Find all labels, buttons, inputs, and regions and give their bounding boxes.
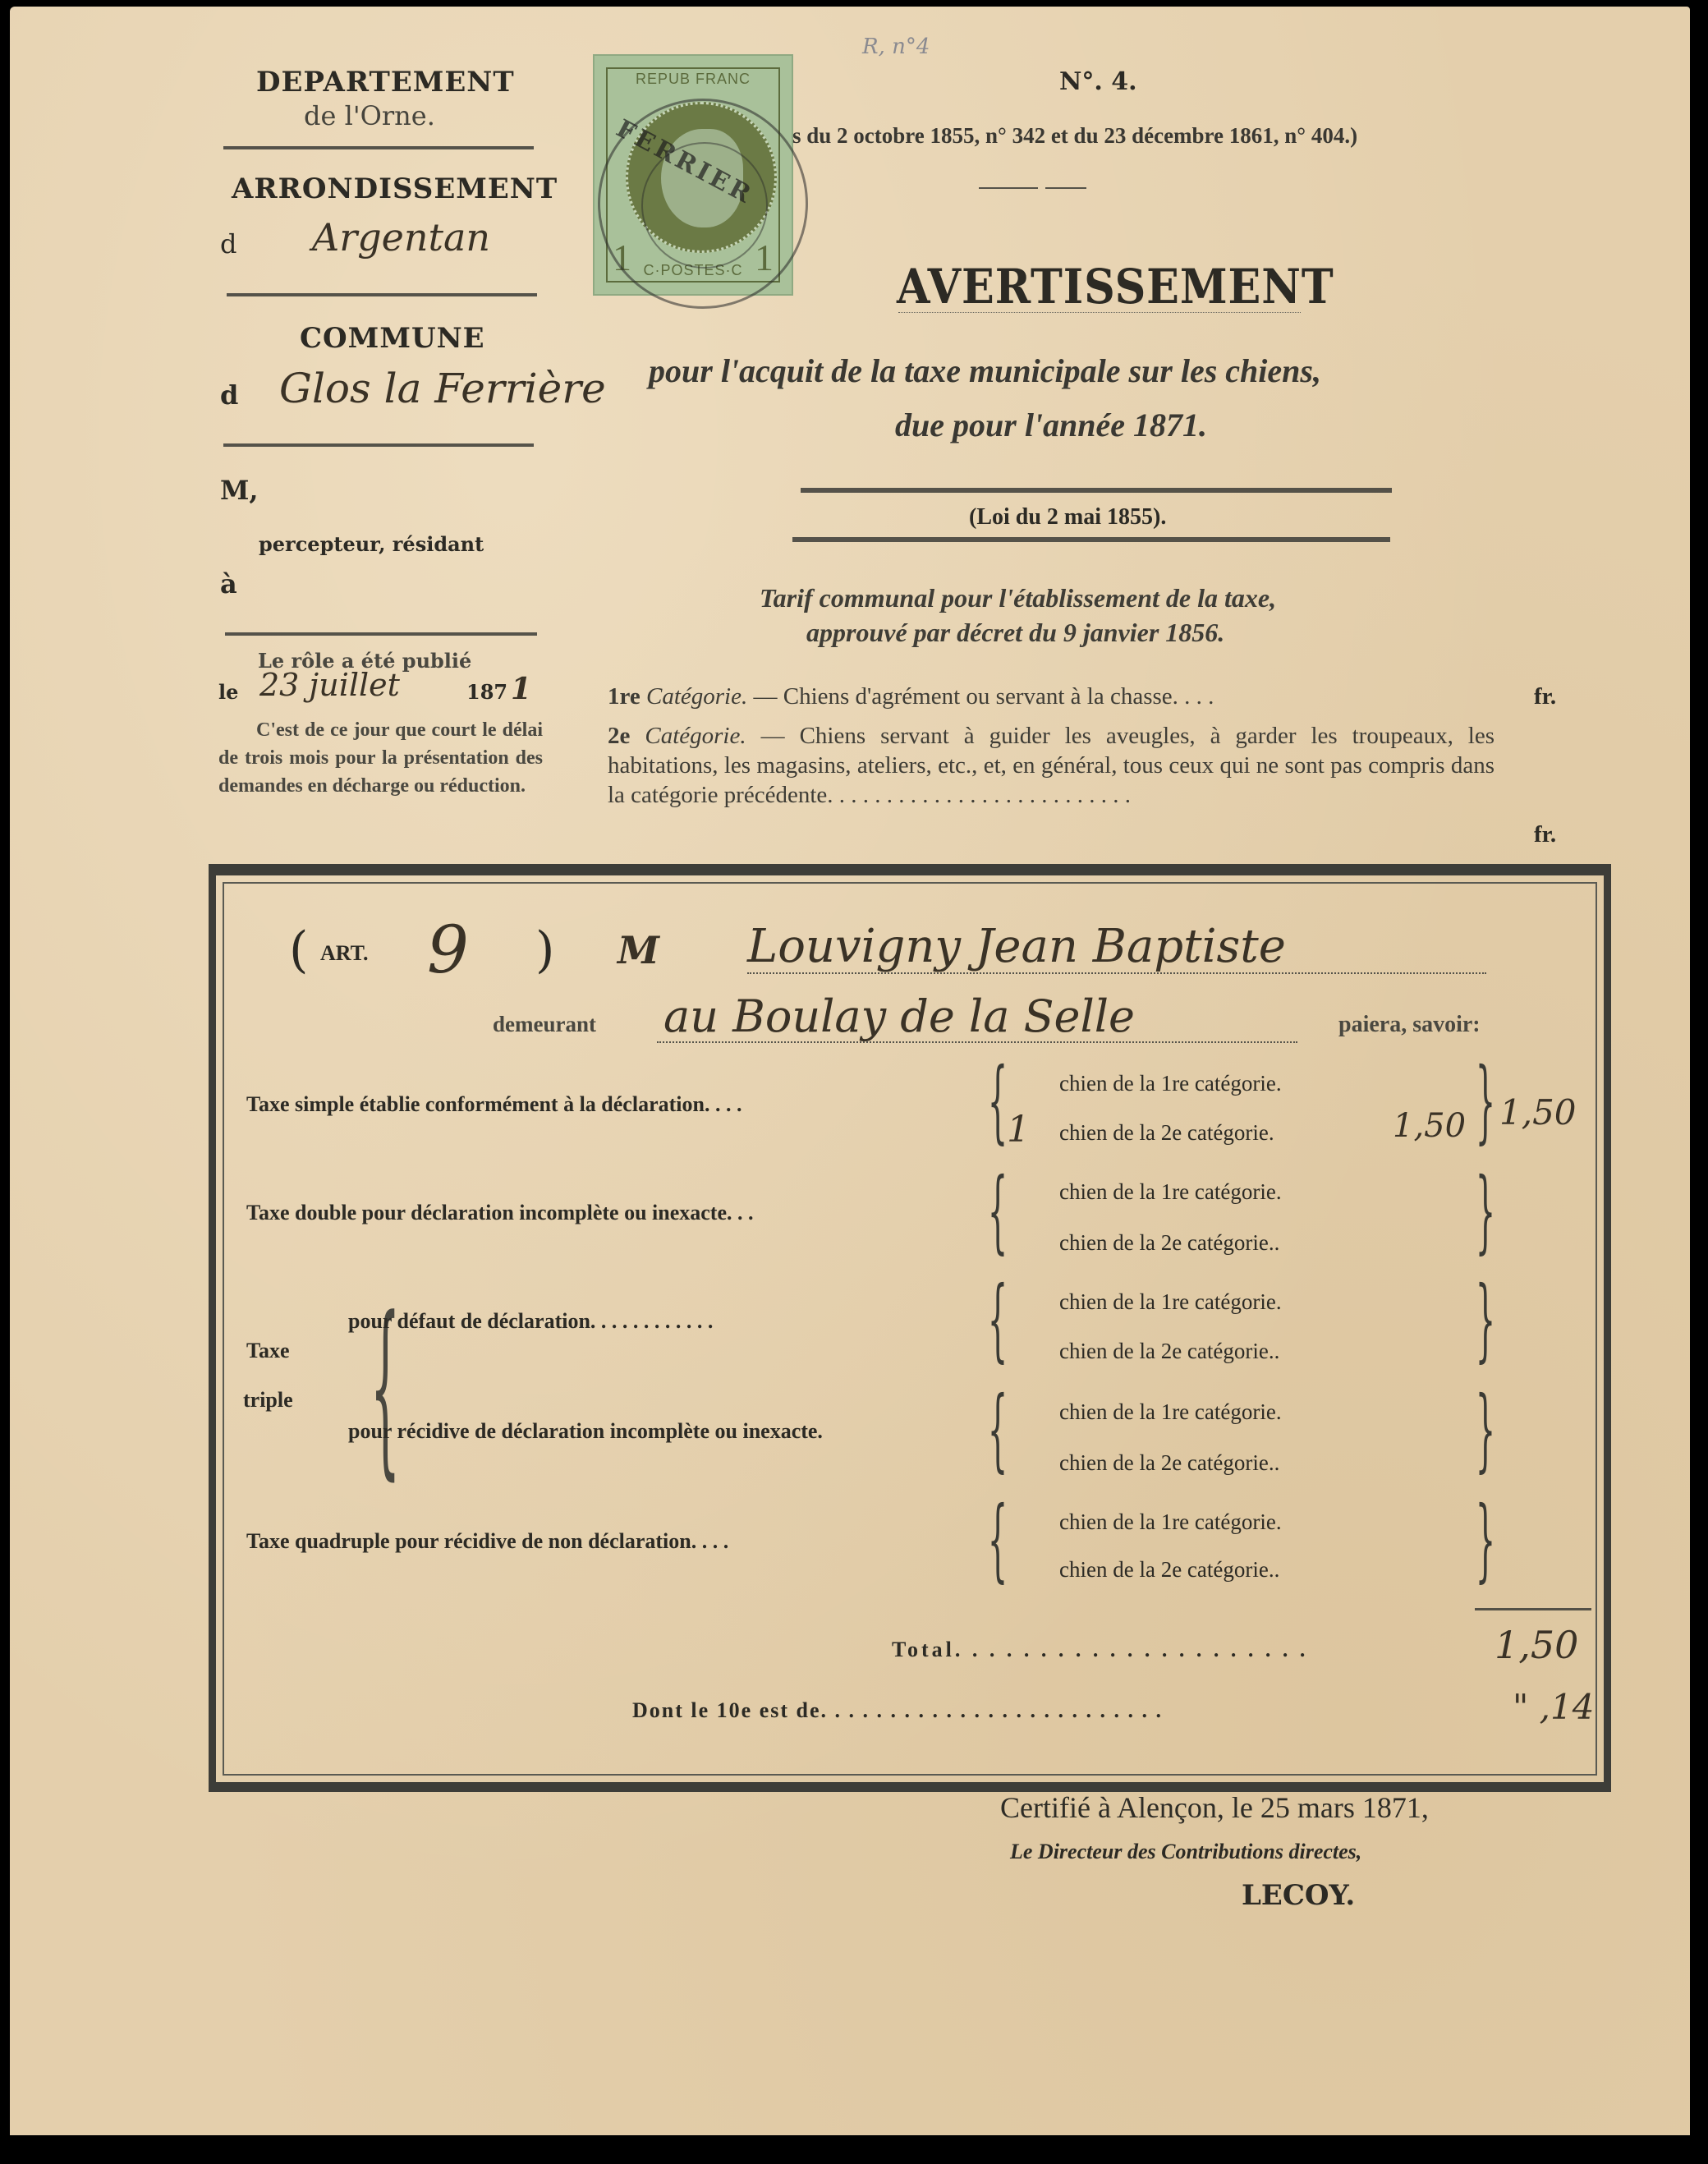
address-underline [657,1041,1297,1043]
subtitle-line2: due pour l'année 1871. [895,406,1207,444]
row-4-line-1: chien de la 1re catégorie. [1059,1399,1282,1425]
arrondissement-prefix: d [220,228,236,260]
row-recidive-label: pour récidive de déclaration incomplète … [348,1419,823,1444]
art-close-paren: ) [535,921,554,979]
tarif-line1: Tarif communal pour l'établissement de l… [760,583,1276,613]
page-edge [0,2135,1708,2164]
row-quadruple-label: Taxe quadruple pour récidive de non décl… [246,1529,728,1554]
certification-line: Certifié à Alençon, le 25 mars 1871, [1000,1790,1429,1825]
monsieur-label: M, [220,475,259,506]
departement-value: de l'Orne. [304,100,435,131]
document-title: AVERTISSEMENT [897,259,1334,315]
title-underline [898,312,1301,313]
name-underline [747,972,1486,974]
row-1-subtotal: 1,50 [1499,1092,1577,1133]
right-brace: } [1476,1498,1496,1580]
left-brace: { [988,1278,1008,1360]
category-1: 1re Catégorie. — Chiens d'agrément ou se… [608,683,1494,710]
divider [227,293,537,296]
total-value: 1,50 [1494,1623,1578,1667]
category-1-unit: fr. [1534,683,1556,710]
address-handwritten: au Boulay de la Selle [663,990,1135,1042]
paiera-label: paiera, savoir: [1338,1012,1481,1038]
commune-handwritten: Glos la Ferrière [279,365,606,412]
departement-label: DEPARTEMENT [256,66,515,99]
category-2: 2e Catégorie. — Chiens servant à guider … [608,721,1494,810]
row-1-line-1: chien de la 1re catégorie. [1059,1071,1282,1096]
decrees-line: s du 2 octobre 1855, n° 342 et du 23 déc… [792,123,1357,149]
row-1-line-2: chien de la 2e catégorie. [1059,1120,1274,1146]
row-3-line-2: chien de la 2e catégorie.. [1059,1339,1279,1364]
arrondissement-handwritten: Argentan [312,215,490,260]
right-brace: } [1476,1278,1496,1360]
taxpayer-name-handwritten: Louvigny Jean Baptiste [747,920,1286,973]
right-brace: } [1476,1388,1496,1470]
right-brace: } [1476,1059,1496,1142]
divider [223,443,534,447]
pencil-reference: R, n°4 [862,34,930,59]
role-note-body: C'est de ce jour que court le délai de t… [218,716,543,800]
category-2-num: 2e [608,723,630,749]
arrondissement-label: ARRONDISSEMENT [232,172,558,205]
row-2-line-2: chien de la 2e catégorie.. [1059,1230,1279,1256]
row-3-line-1: chien de la 1re catégorie. [1059,1289,1282,1315]
stamp-top-text: REPUB FRANC [608,71,778,88]
dixieme-value: " ,14 [1513,1687,1594,1727]
row-4-line-2: chien de la 2e catégorie.. [1059,1450,1279,1476]
triple-label-1: Taxe [246,1339,290,1363]
category-1-num: 1re [608,683,640,710]
director-title: Le Directeur des Contributions directes, [1010,1840,1361,1864]
category-1-text: — Chiens d'agrément ou servant à la chas… [753,683,1214,710]
divider [223,146,534,149]
category-2-label: Catégorie. [645,723,746,749]
category-2-unit: fr. [1534,821,1556,848]
art-open-paren: ( [289,921,308,979]
monsieur-abbrev: M [618,928,659,972]
art-number-handwritten: 9 [427,912,469,988]
document-number: N°. 4. [1059,67,1137,96]
role-date-handwritten: 23 juillet [259,667,400,703]
short-divider [1045,187,1086,189]
right-brace: } [1476,1169,1496,1252]
role-year-printed: 187 [466,680,507,704]
law-reference: (Loi du 2 mai 1855). [969,504,1166,531]
postmark-icon: FERRIER [598,99,808,309]
row-1-line-2-amount: 1,50 [1393,1107,1466,1145]
short-divider [979,187,1038,189]
role-year-handwritten: 1 [511,672,531,706]
commune-label: COMMUNE [300,322,485,355]
commune-prefix: d [220,379,238,411]
art-label: ART. [320,941,369,966]
role-le: le [218,680,238,704]
total-divider [1475,1608,1591,1610]
a-label: à [220,568,237,600]
row-5-line-2: chien de la 2e catégorie.. [1059,1557,1279,1583]
divider [225,632,537,636]
triple-label-2: triple [243,1388,293,1413]
row-taxe-double-label: Taxe double pour déclaration incomplète … [246,1201,754,1225]
tarif-line2: approuvé par décret du 9 janvier 1856. [806,618,1224,648]
left-brace: { [988,1169,1008,1252]
row-taxe-simple-label: Taxe simple établie conformément à la dé… [246,1092,742,1117]
category-1-label: Catégorie. [646,683,747,710]
percepteur-label: percepteur, résidant [259,532,484,556]
left-brace: { [988,1059,1008,1142]
total-label: Total. . . . . . . . . . . . . . . . . .… [892,1638,1308,1662]
left-brace: { [988,1388,1008,1470]
row-1-line-2-count: 1 [1007,1109,1030,1151]
row-defaut-label: pour défaut de déclaration. . . . . . . … [348,1309,713,1334]
double-rule [801,488,1392,493]
dixieme-label: Dont le 10e est de. . . . . . . . . . . … [632,1698,1163,1723]
left-brace: { [988,1498,1008,1580]
double-rule [792,537,1390,542]
signatory: LECOY. [1242,1879,1355,1912]
row-2-line-1: chien de la 1re catégorie. [1059,1179,1282,1205]
row-5-line-1: chien de la 1re catégorie. [1059,1509,1282,1535]
demeurant-label: demeurant [493,1012,596,1037]
subtitle-line1: pour l'acquit de la taxe municipale sur … [649,351,1321,390]
